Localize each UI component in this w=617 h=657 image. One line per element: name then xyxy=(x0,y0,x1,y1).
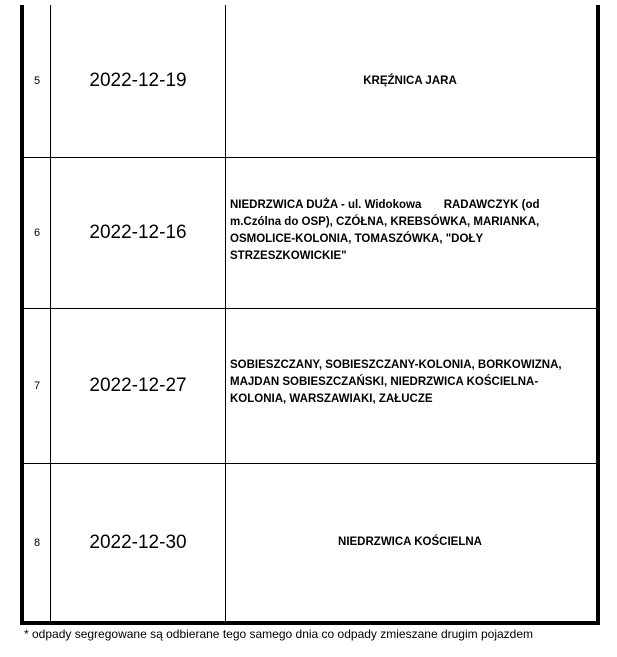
footnote: * odpady segregowane są odbierane tego s… xyxy=(24,627,533,641)
collection-date: 2022-12-27 xyxy=(51,309,226,463)
collection-date: 2022-12-16 xyxy=(51,158,226,308)
collection-date: 2022-12-30 xyxy=(51,464,226,621)
table-row: 5 2022-12-19 KRĘŹNICA JARA xyxy=(24,5,596,158)
row-number: 7 xyxy=(24,309,51,463)
localities: KRĘŹNICA JARA xyxy=(226,5,596,157)
localities: NIEDRZWICA DUŻA - ul. Widokowa RADAWCZYK… xyxy=(226,158,596,308)
collection-date: 2022-12-19 xyxy=(51,5,226,157)
localities: NIEDRZWICA KOŚCIELNA xyxy=(226,464,596,621)
localities: SOBIESZCZANY, SOBIESZCZANY-KOLONIA, BORK… xyxy=(226,309,596,463)
collection-schedule-table: 5 2022-12-19 KRĘŹNICA JARA 6 2022-12-16 … xyxy=(20,5,600,625)
row-number: 8 xyxy=(24,464,51,621)
table-row: 6 2022-12-16 NIEDRZWICA DUŻA - ul. Widok… xyxy=(24,158,596,309)
row-number: 6 xyxy=(24,158,51,308)
table-row: 7 2022-12-27 SOBIESZCZANY, SOBIESZCZANY-… xyxy=(24,309,596,464)
table-row: 8 2022-12-30 NIEDRZWICA KOŚCIELNA xyxy=(24,464,596,621)
row-number: 5 xyxy=(24,5,51,157)
